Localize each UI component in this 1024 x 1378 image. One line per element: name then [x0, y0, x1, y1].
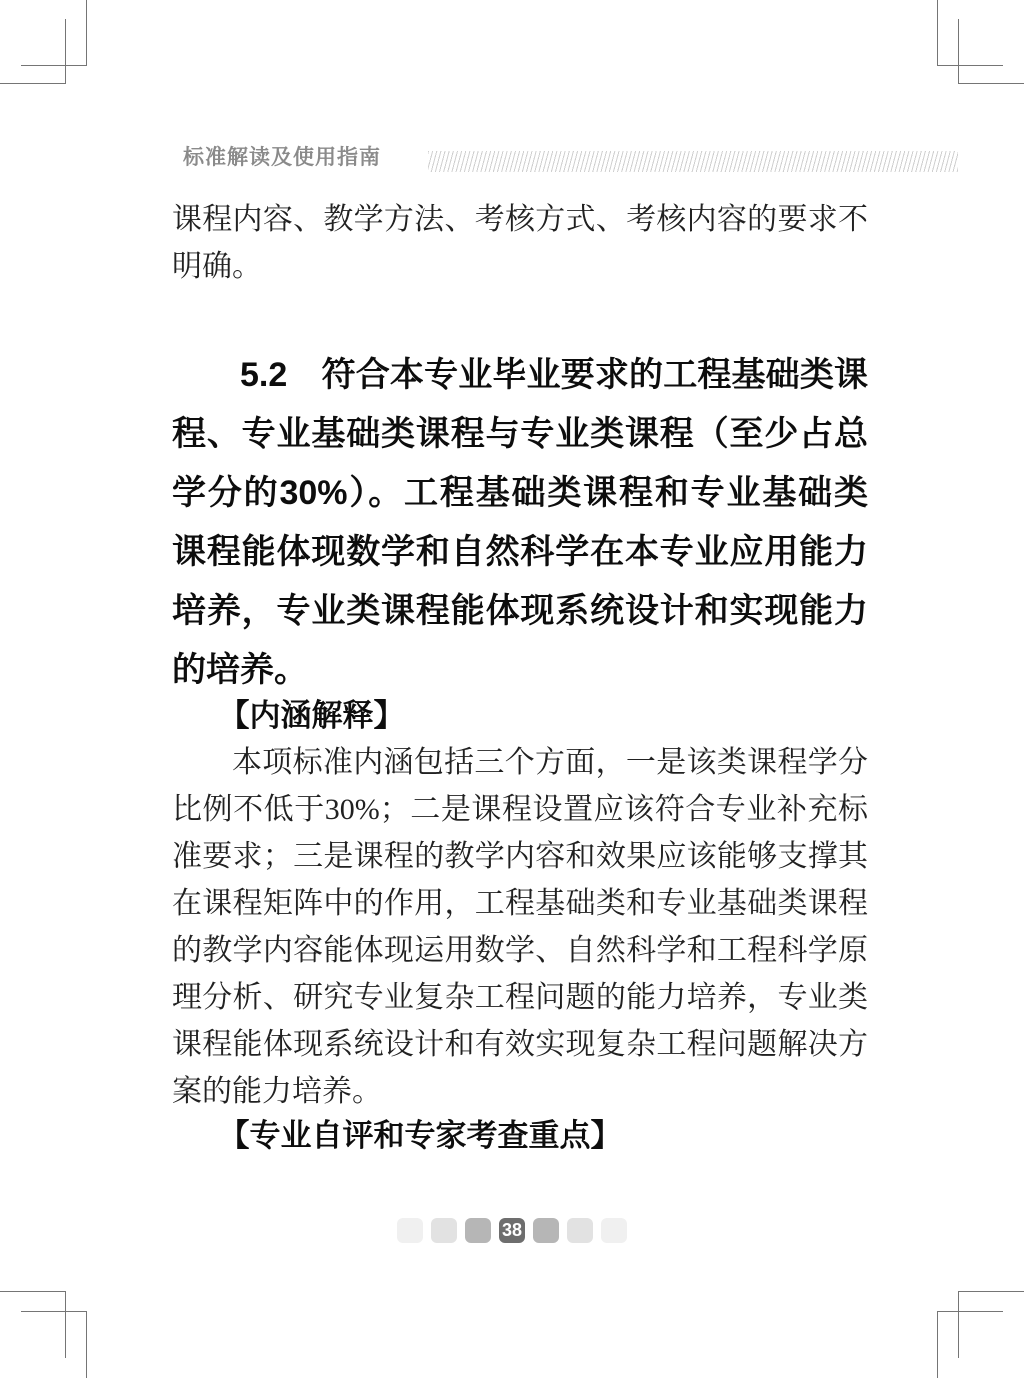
crop-mark-top-left-inner	[0, 19, 66, 84]
pager-dot	[431, 1218, 457, 1243]
pager-dot	[397, 1218, 423, 1243]
subsection-title-connotation: 【内涵解释】	[172, 692, 868, 739]
connotation-paragraph: 本项标准内涵包括三个方面，一是该类课程学分比例不低于30%；二是课程设置应该符合…	[172, 739, 868, 1115]
running-head-title: 标准解读及使用指南	[183, 144, 381, 172]
pager-dot	[567, 1218, 593, 1243]
subsection-title-self-evaluation: 【专业自评和专家考查重点】	[172, 1112, 868, 1159]
pager-dot	[465, 1218, 491, 1243]
pager-dot	[601, 1218, 627, 1243]
crop-mark-bottom-right-inner	[937, 1311, 1003, 1378]
section-heading: 5.2 符合本专业毕业要求的工程基础类课程、专业基础类课程与专业类课程（至少占总…	[172, 346, 868, 700]
continued-paragraph: 课程内容、教学方法、考核方式、考核内容的要求不明确。	[172, 196, 868, 290]
book-page: 标准解读及使用指南 课程内容、教学方法、考核方式、考核内容的要求不明确。 5.2…	[0, 0, 1024, 1378]
page-number-pager: 38	[0, 1218, 1024, 1243]
crop-mark-bottom-left-inner	[21, 1311, 87, 1378]
page-number-dot: 38	[499, 1218, 525, 1243]
pager-dot	[533, 1218, 559, 1243]
running-head-hatch-rule	[428, 151, 958, 172]
crop-mark-top-right-inner	[958, 19, 1024, 84]
